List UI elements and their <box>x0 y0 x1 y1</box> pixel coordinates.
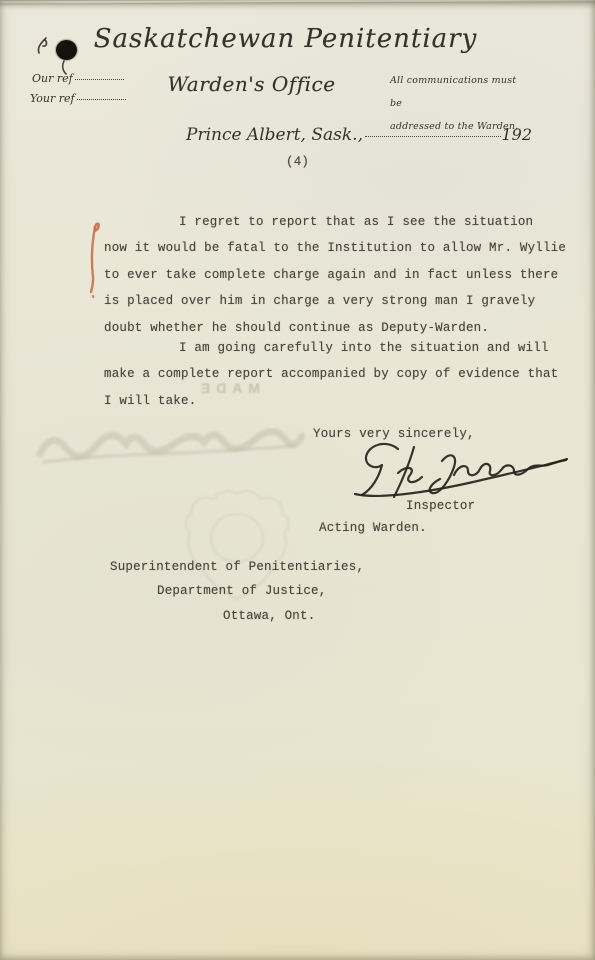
body-line: I regret to report that as I see the sit… <box>104 209 584 235</box>
bleedthrough-script-ghost <box>34 418 306 470</box>
body-line: I am going carefully into the situation … <box>104 335 584 361</box>
body-paragraph-2: I am going carefully into the situation … <box>104 335 584 414</box>
recipient-address: Superintendent of Penitentiaries, Depart… <box>110 555 364 628</box>
dateline: Prince Albert, Sask., 192 <box>186 125 532 145</box>
our-ref-label: Our ref <box>32 72 73 85</box>
your-ref-field: Your ref <box>30 92 126 105</box>
signature-handwriting <box>346 439 572 502</box>
dateline-place: Prince Albert, Sask., <box>186 125 363 145</box>
orange-margin-mark <box>84 219 104 301</box>
signer-role: Acting Warden. <box>319 521 427 535</box>
body-line: make a complete report accompanied by co… <box>104 361 584 387</box>
body-line: to ever take complete charge again and i… <box>104 262 584 288</box>
recipient-line2: Department of Justice, <box>110 579 364 603</box>
letter-page: MADE Saskatchewan Penitentiary Warden's … <box>0 0 595 960</box>
communications-notice-line1: All communications must be <box>390 69 520 115</box>
dateline-blank-line <box>365 136 501 137</box>
your-ref-label: Your ref <box>30 92 75 105</box>
letterhead-institution: Saskatchewan Penitentiary <box>0 24 583 54</box>
our-ref-blank-line <box>75 79 124 80</box>
body-line: now it would be fatal to the Institution… <box>104 235 584 261</box>
page-number: (4) <box>286 155 309 169</box>
body-line: I will take. <box>104 388 584 414</box>
signer-title: Inspector <box>406 499 475 513</box>
our-ref-field: Our ref <box>32 72 124 85</box>
your-ref-blank-line <box>77 99 126 100</box>
body-paragraph-1: I regret to report that as I see the sit… <box>104 209 584 341</box>
recipient-line3: Ottawa, Ont. <box>110 604 364 628</box>
page-top-edge-shadow <box>0 0 595 9</box>
dateline-year-prefix: 192 <box>501 125 532 144</box>
recipient-line1: Superintendent of Penitentiaries, <box>110 555 364 579</box>
body-line: is placed over him in charge a very stro… <box>104 288 584 314</box>
